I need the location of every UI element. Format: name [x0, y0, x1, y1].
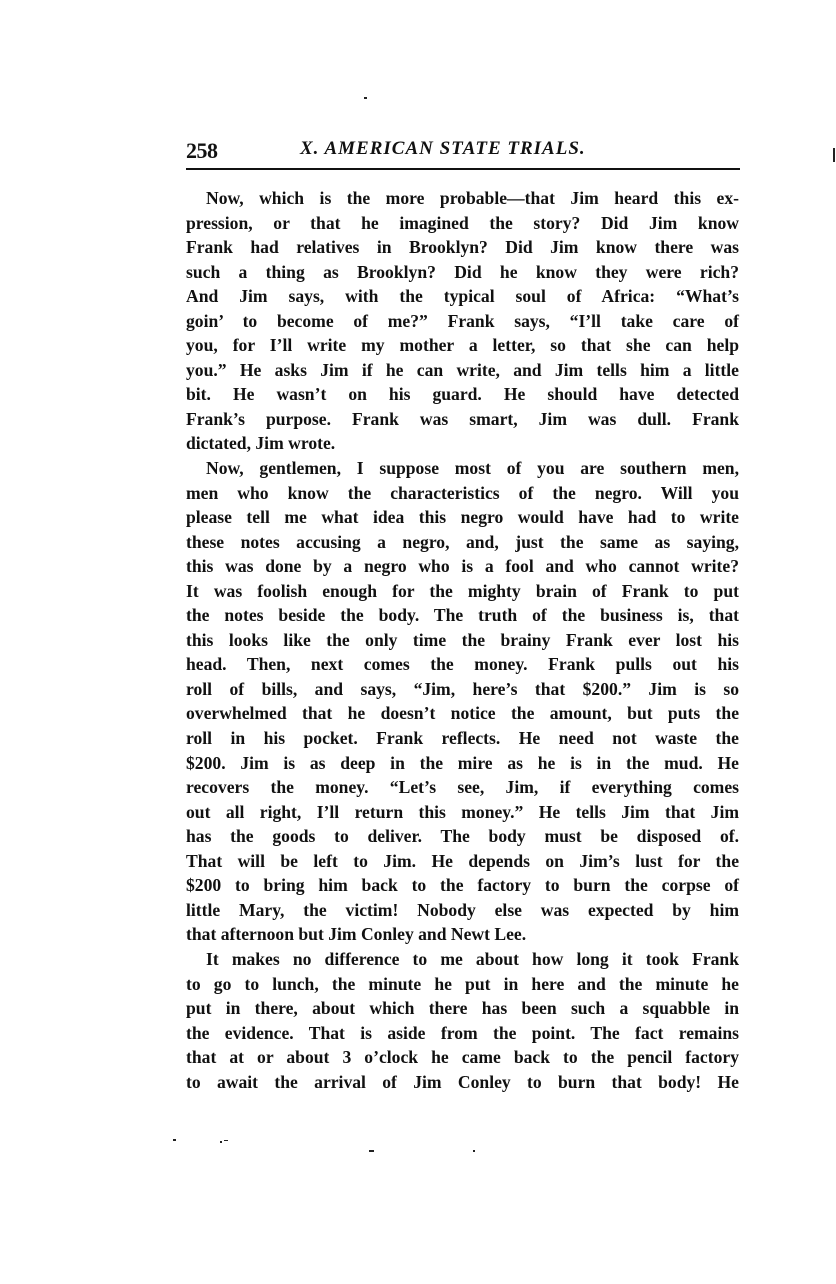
text-line: out all right, I’ll return this money.” … — [186, 800, 739, 825]
text-line: $200. Jim is as deep in the mire as he i… — [186, 751, 739, 776]
running-head: 258 X. AMERICAN STATE TRIALS. — [186, 134, 740, 164]
text-line: And Jim says, with the typical soul of A… — [186, 284, 739, 309]
text-line: Frank’s purpose. Frank was smart, Jim wa… — [186, 407, 739, 432]
scan-speck — [473, 1150, 475, 1152]
text-line: such a thing as Brooklyn? Did he know th… — [186, 260, 739, 285]
text-line: It makes no difference to me about how l… — [186, 947, 739, 972]
header-rule — [186, 168, 740, 170]
text-line: has the goods to deliver. The body must … — [186, 824, 739, 849]
text-line: Now, gentlemen, I suppose most of you ar… — [186, 456, 739, 481]
page-number: 258 — [186, 138, 218, 164]
text-line: little Mary, the victim! Nobody else was… — [186, 898, 739, 923]
text-line: to go to lunch, the minute he put in her… — [186, 972, 739, 997]
text-line: overwhelmed that he doesn’t notice the a… — [186, 701, 739, 726]
text-line: pression, or that he imagined the story?… — [186, 211, 739, 236]
text-line: recovers the money. “Let’s see, Jim, if … — [186, 775, 739, 800]
text-line: this looks like the only time the brainy… — [186, 628, 739, 653]
scan-speck — [369, 1150, 374, 1152]
text-line: roll of bills, and says, “Jim, here’s th… — [186, 677, 739, 702]
scan-speck — [224, 1140, 228, 1141]
scan-edge-mark — [833, 148, 835, 162]
text-line: Frank had relatives in Brooklyn? Did Jim… — [186, 235, 739, 260]
text-line: It was foolish enough for the mighty bra… — [186, 579, 739, 604]
text-line: to await the arrival of Jim Conley to bu… — [186, 1070, 739, 1095]
text-line: head. Then, next comes the money. Frank … — [186, 652, 739, 677]
running-title: X. AMERICAN STATE TRIALS. — [300, 138, 586, 160]
text-line: put in there, about which there has been… — [186, 996, 739, 1021]
text-line: $200 to bring him back to the factory to… — [186, 873, 739, 898]
text-line: the notes beside the body. The truth of … — [186, 603, 739, 628]
text-line: men who know the characteristics of the … — [186, 481, 739, 506]
text-line: dictated, Jim wrote. — [186, 431, 739, 456]
text-line: you, for I’ll write my mother a letter, … — [186, 333, 739, 358]
body-text: Now, which is the more probable—that Jim… — [186, 186, 739, 1094]
text-line: this was done by a negro who is a fool a… — [186, 554, 739, 579]
text-line: roll in his pocket. Frank reflects. He n… — [186, 726, 739, 751]
text-line: the evidence. That is aside from the poi… — [186, 1021, 739, 1046]
text-line: bit. He wasn’t on his guard. He should h… — [186, 382, 739, 407]
text-line: please tell me what idea this negro woul… — [186, 505, 739, 530]
text-line: Now, which is the more probable—that Jim… — [186, 186, 739, 211]
scan-speck — [364, 97, 367, 99]
text-line: these notes accusing a negro, and, just … — [186, 530, 739, 555]
text-line: goin’ to become of me?” Frank says, “I’l… — [186, 309, 739, 334]
text-line: that afternoon but Jim Conley and Newt L… — [186, 922, 739, 947]
text-line: that at or about 3 o’clock he came back … — [186, 1045, 739, 1070]
text-line: That will be left to Jim. He depends on … — [186, 849, 739, 874]
scan-speck — [220, 1141, 222, 1143]
book-page: 258 X. AMERICAN STATE TRIALS. Now, which… — [0, 0, 836, 1284]
scan-speck — [173, 1139, 176, 1141]
text-line: you.” He asks Jim if he can write, and J… — [186, 358, 739, 383]
